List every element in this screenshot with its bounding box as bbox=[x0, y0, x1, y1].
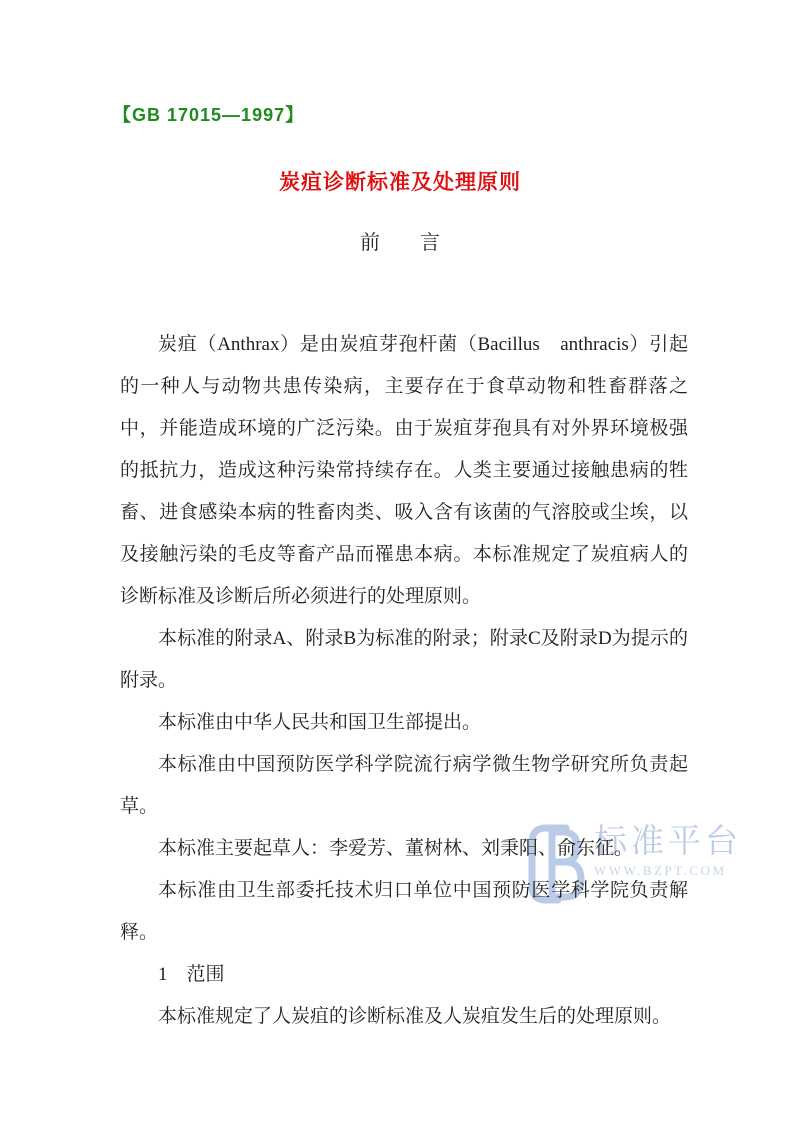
foreword-paragraph: 本标准的附录A、附录B为标准的附录；附录C及附录D为提示的附录。 bbox=[120, 618, 688, 702]
foreword-heading: 前 言 bbox=[0, 226, 800, 255]
section-1-body: 本标准规定了人炭疽的诊断标准及人炭疽发生后的处理原则。 bbox=[120, 996, 688, 1038]
foreword-paragraph: 本标准由卫生部委托技术归口单位中国预防医学科学院负责解释。 bbox=[120, 870, 688, 954]
foreword-paragraph: 炭疽（Anthrax）是由炭疽芽孢杆菌（Bacillus anthracis）引… bbox=[120, 324, 688, 618]
foreword-paragraph: 本标准由中华人民共和国卫生部提出。 bbox=[120, 702, 688, 744]
document-body: 炭疽（Anthrax）是由炭疽芽孢杆菌（Bacillus anthracis）引… bbox=[120, 324, 688, 1038]
section-1-heading: 1 范围 bbox=[120, 954, 688, 996]
document-page: 【GB 17015—1997】 炭疽诊断标准及处理原则 前 言 炭疽（Anthr… bbox=[0, 0, 800, 1131]
foreword-paragraph: 本标准由中国预防医学科学院流行病学微生物学研究所负责起草。 bbox=[120, 744, 688, 828]
foreword-paragraph: 本标准主要起草人：李爱芳、董树林、刘秉阳、俞东征。 bbox=[120, 828, 688, 870]
document-title: 炭疽诊断标准及处理原则 bbox=[0, 166, 800, 196]
standard-number: 【GB 17015—1997】 bbox=[113, 101, 304, 127]
